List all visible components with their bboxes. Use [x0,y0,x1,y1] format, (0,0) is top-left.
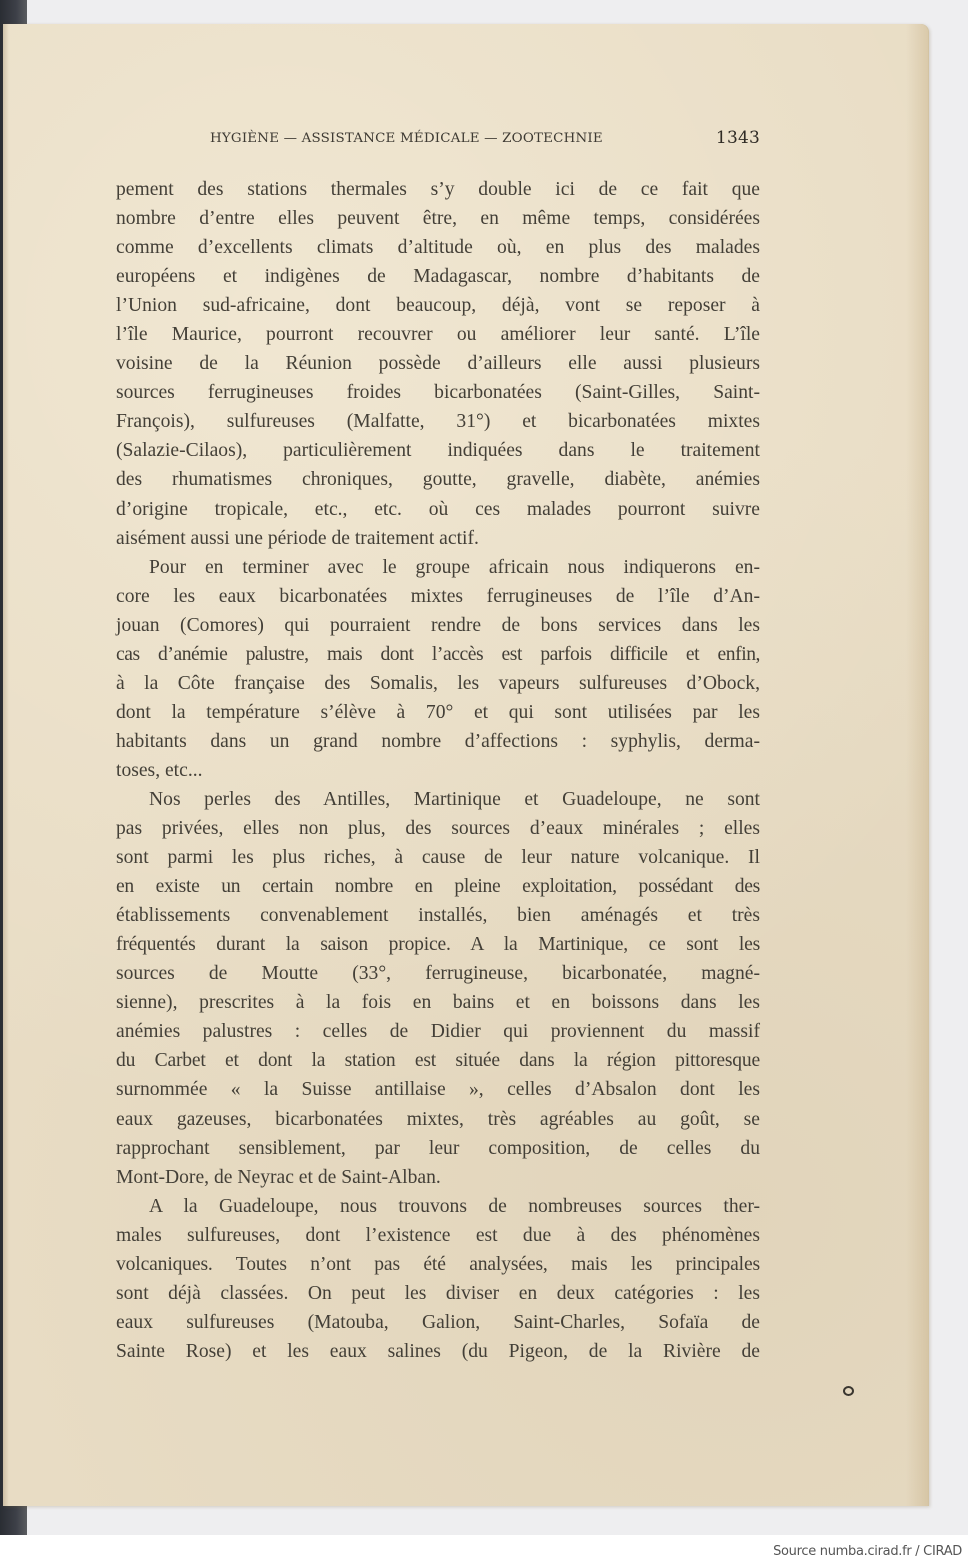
running-head-title: HYGIÈNE — ASSISTANCE MÉDICALE — ZOOTECHN… [210,131,603,146]
text-line: comme d’excellents climats d’altitude où… [116,233,760,262]
text-line: A la Guadeloupe, nous trouvons de nombre… [116,1192,760,1221]
text-line: sont parmi les plus riches, à cause de l… [116,843,760,872]
text-line: sources ferrugineuses froides bicarbonat… [116,378,760,407]
text-line: Mont-Dore, de Neyrac et de Saint-Alban. [116,1163,760,1192]
text-line: sienne), prescrites à la fois en bains e… [116,988,760,1017]
text-line: cas d’anémie palustre, mais dont l’accès… [116,640,760,669]
text-line: d’origine tropicale, etc., etc. où ces m… [116,495,760,524]
text-line: core les eaux bicarbonatées mixtes ferru… [116,582,760,611]
body-text: pement des stations thermales s’y double… [116,175,760,1366]
paragraph-1: pement des stations thermales s’y double… [116,175,760,553]
text-line: pas privées, elles non plus, des sources… [116,814,760,843]
paragraph-3: Nos perles des Antilles, Martinique et G… [116,785,760,1192]
text-line: rapprochant sensiblement, par leur compo… [116,1134,760,1163]
page-gutter-shadow [3,24,9,1506]
running-head: HYGIÈNE — ASSISTANCE MÉDICALE — ZOOTECHN… [210,128,760,150]
text-line: volcaniques. Toutes n’ont pas été analys… [116,1250,760,1279]
source-credit: Source numba.cirad.fr / CIRAD [773,1544,962,1559]
text-line: Sainte Rose) et les eaux salines (du Pig… [116,1337,760,1366]
text-line: anémies palustres : celles de Didier qui… [116,1017,760,1046]
text-line: François), sulfureuses (Malfatte, 31°) e… [116,407,760,436]
text-line: dont la température s’élève à 70° et qui… [116,698,760,727]
text-line: voisine de la Réunion possède d’ailleurs… [116,349,760,378]
text-line: males sulfureuses, dont l’existence est … [116,1221,760,1250]
text-line: (Salazie-Cilaos), particulièrement indiq… [116,436,760,465]
text-line: l’île Maurice, pourront recouvrer ou amé… [116,320,760,349]
text-line: aisément aussi une période de traitement… [116,524,760,553]
text-line: européens et indigènes de Madagascar, no… [116,262,760,291]
ink-mark [843,1386,854,1396]
text-line: fréquentés durant la saison propice. A l… [116,930,760,959]
text-line: nombre d’entre elles peuvent être, en mê… [116,204,760,233]
text-line: pement des stations thermales s’y double… [116,175,760,204]
text-line: établissements convenablement installés,… [116,901,760,930]
text-line: Pour en terminer avec le groupe africain… [116,553,760,582]
text-line: toses, etc... [116,756,760,785]
text-line: sources de Moutte (33°, ferrugineuse, bi… [116,959,760,988]
page-number: 1343 [716,128,760,148]
text-line: habitants dans un grand nombre d’affecti… [116,727,760,756]
text-line: en existe un certain nombre en pleine ex… [116,872,760,901]
text-line: jouan (Comores) qui pourraient rendre de… [116,611,760,640]
paragraph-4: A la Guadeloupe, nous trouvons de nombre… [116,1192,760,1366]
text-line: du Carbet et dont la station est située … [116,1046,760,1075]
text-line: eaux gazeuses, bicarbonatées mixtes, trè… [116,1105,760,1134]
text-line: l’Union sud-africaine, dont beaucoup, dé… [116,291,760,320]
text-line: eaux sulfureuses (Matouba, Galion, Saint… [116,1308,760,1337]
text-line: surnommée « la Suisse antillaise », cell… [116,1075,760,1104]
text-line: à la Côte française des Somalis, les vap… [116,669,760,698]
paragraph-2: Pour en terminer avec le groupe africain… [116,553,760,785]
text-line: Nos perles des Antilles, Martinique et G… [116,785,760,814]
text-line: sont déjà classées. On peut les diviser … [116,1279,760,1308]
text-line: des rhumatismes chroniques, goutte, grav… [116,465,760,494]
